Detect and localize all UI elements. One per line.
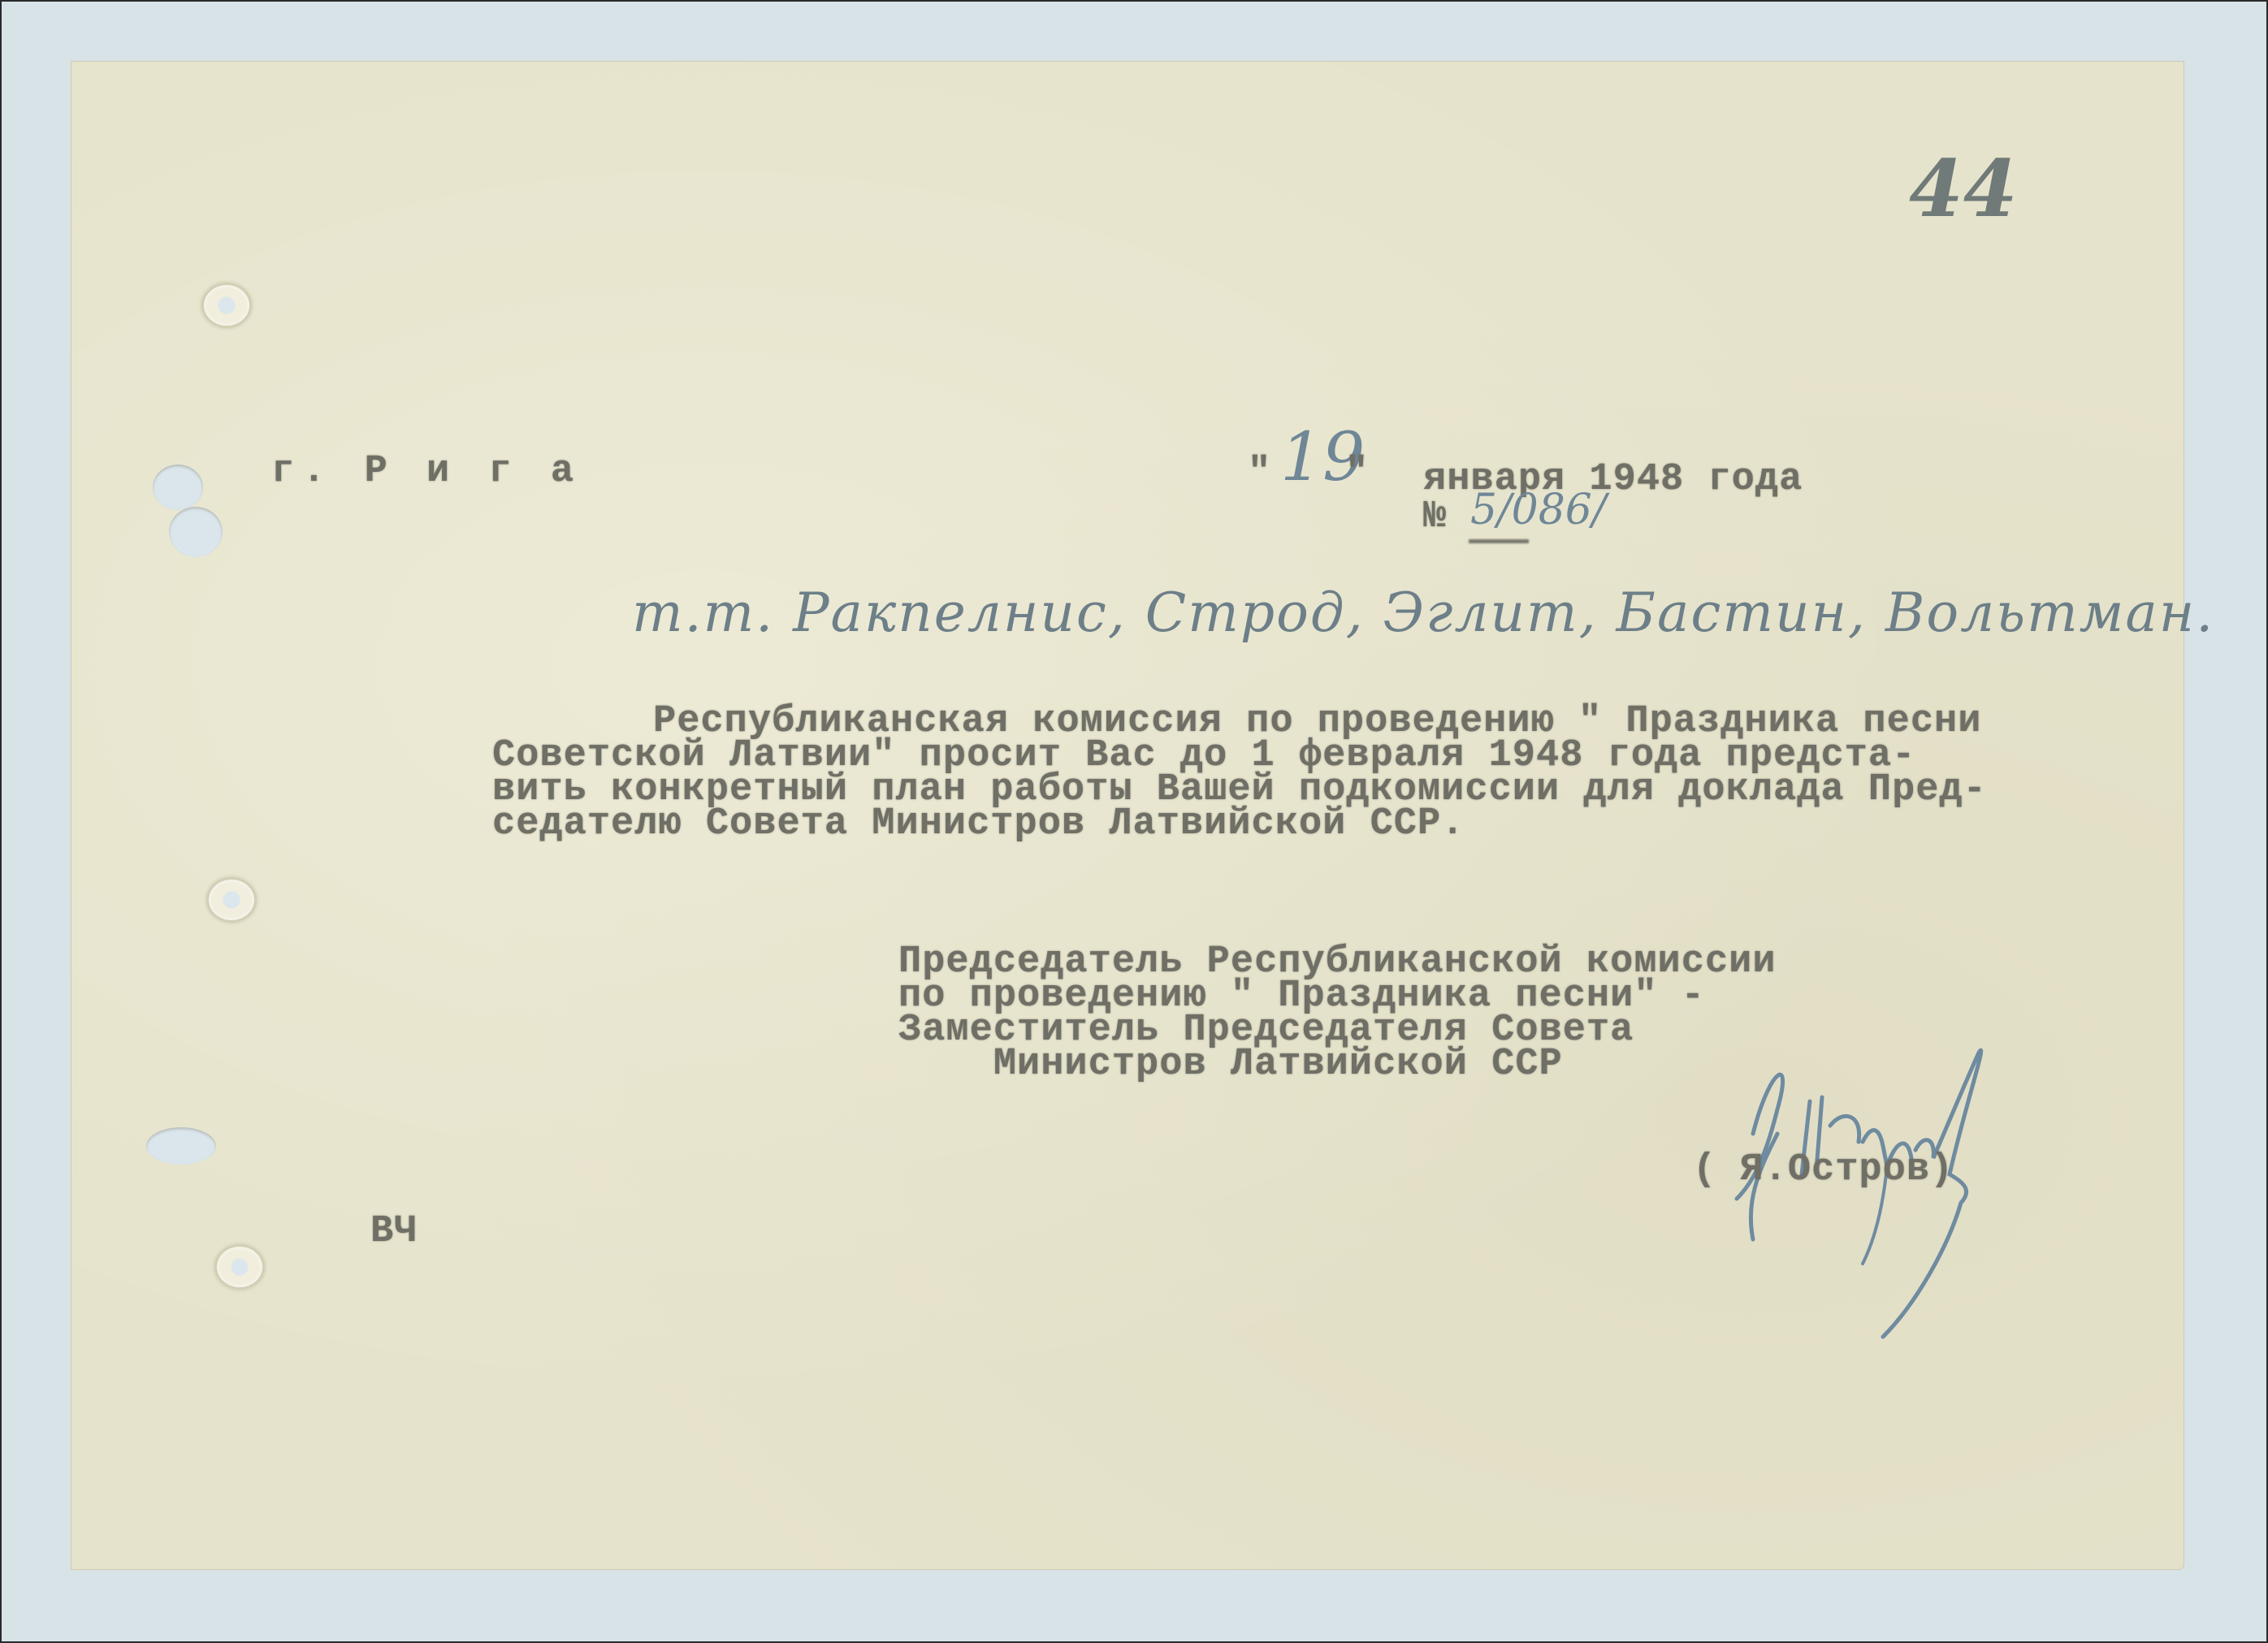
reference-prefix: №: [1423, 497, 1447, 538]
reference-number-handwritten: 5/086/: [1470, 486, 1606, 534]
punch-hole-reinforced-3: [214, 1244, 265, 1290]
punch-hole-reinforced-1: [201, 283, 252, 328]
city-line: г. Р и г а: [271, 452, 582, 492]
punch-hole-torn-3: [146, 1127, 216, 1165]
page-number-handwritten: 44: [1909, 143, 2018, 235]
date-close-quote: ": [1345, 453, 1369, 494]
punch-hole-reinforced-2: [206, 877, 257, 923]
addressees-handwritten: т.т. Ракпелнис, Строд, Эглит, Бастин, Во…: [632, 582, 2214, 644]
punch-hole-torn-2: [169, 507, 223, 557]
document-sheet: 44 г. Р и г а " 19 " января 1948 года № …: [71, 62, 2184, 1569]
punch-hole-torn-1: [153, 465, 203, 510]
signature-title-line-4: Министров Латвийской ССР: [898, 1044, 1563, 1085]
signatory-name: ( Я.Остров): [1693, 1150, 1954, 1191]
body-line-4: седателю Совета Министров Латвийской ССР…: [492, 804, 1465, 845]
date-open-quote: ": [1248, 453, 1271, 494]
typist-initials: ВЧ: [370, 1212, 418, 1252]
reference-underline: [1469, 539, 1529, 543]
